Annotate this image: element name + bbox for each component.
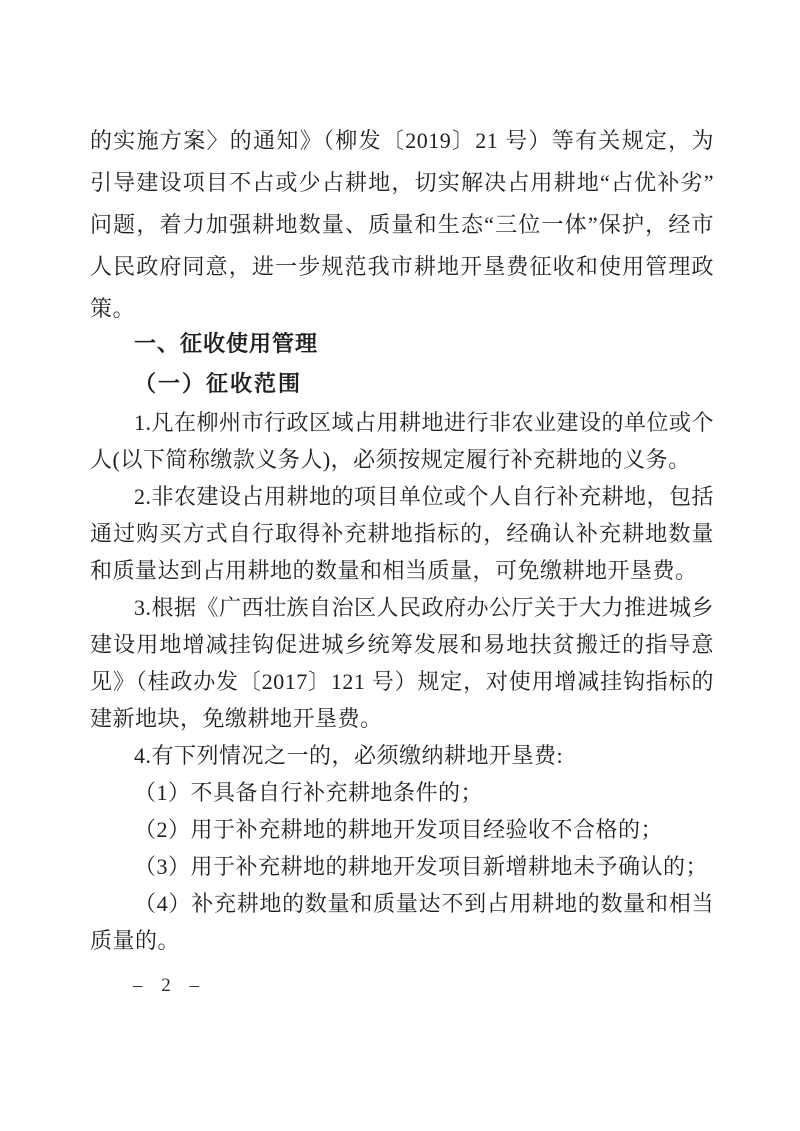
subsection-heading: （一）征收范围 (90, 364, 714, 404)
paragraph-3: 3.根据《广西壮族自治区人民政府办公厅关于大力推进城乡建设用地增减挂钩促进城乡统… (90, 589, 714, 737)
list-item-3: （3）用于补充耕地的耕地开发项目新增耕地未予确认的； (90, 848, 714, 885)
page-number: – 2 – (133, 975, 206, 997)
list-item-1: （1）不具备自行补充耕地条件的； (90, 774, 714, 811)
paragraph-1: 1.凡在柳州市行政区域占用耕地进行非农业建设的单位或个人(以下简称缴款义务人)，… (90, 404, 714, 478)
list-item-2: （2）用于补充耕地的耕地开发项目经验收不合格的； (90, 811, 714, 848)
intro-paragraph: 的实施方案〉的通知》（柳发〔2019〕21 号）等有关规定，为引导建设项目不占或… (90, 120, 714, 330)
list-item-4: （4）补充耕地的数量和质量达不到占用耕地的数量和相当质量的。 (90, 885, 714, 959)
paragraph-2: 2.非农建设占用耕地的项目单位或个人自行补充耕地，包括通过购买方式自行取得补充耕… (90, 478, 714, 589)
section-heading: 一、征收使用管理 (90, 324, 714, 364)
document-body: 的实施方案〉的通知》（柳发〔2019〕21 号）等有关规定，为引导建设项目不占或… (90, 120, 714, 959)
document-page: 的实施方案〉的通知》（柳发〔2019〕21 号）等有关规定，为引导建设项目不占或… (0, 0, 800, 1131)
paragraph-4: 4.有下列情况之一的，必须缴纳耕地开垦费: (90, 737, 714, 774)
